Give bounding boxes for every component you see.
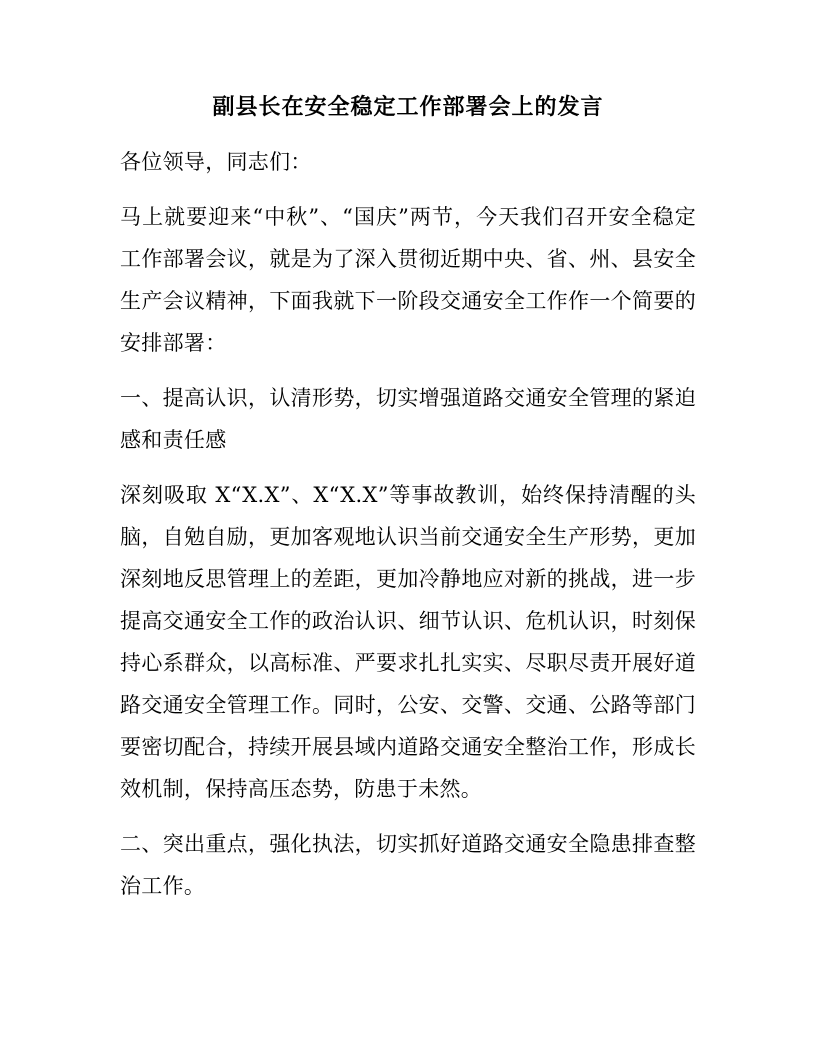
intro-paragraph: 马上就要迎来“中秋”、“国庆”两节，今天我们召开安全稳定工作部署会议，就是为了深…: [120, 196, 696, 364]
document-content: 副县长在安全稳定工作部署会上的发言 各位领导，同志们： 马上就要迎来“中秋”、“…: [120, 86, 696, 920]
section-heading-1: 一、提高认识，认清形势，切实增强道路交通安全管理的紧迫感和责任感: [120, 377, 696, 461]
section-1-paragraph: 深刻吸取 X“X.X”、X“X.X”等事故教训，始终保持清醒的头脑，自勉自励，更…: [120, 474, 696, 810]
document-page: 副县长在安全稳定工作部署会上的发言 各位领导，同志们： 马上就要迎来“中秋”、“…: [0, 0, 816, 1056]
salutation: 各位领导，同志们：: [120, 141, 696, 183]
document-title: 副县长在安全稳定工作部署会上的发言: [120, 86, 696, 128]
section-heading-2: 二、突出重点，强化执法，切实抓好道路交通安全隐患排查整治工作。: [120, 823, 696, 907]
